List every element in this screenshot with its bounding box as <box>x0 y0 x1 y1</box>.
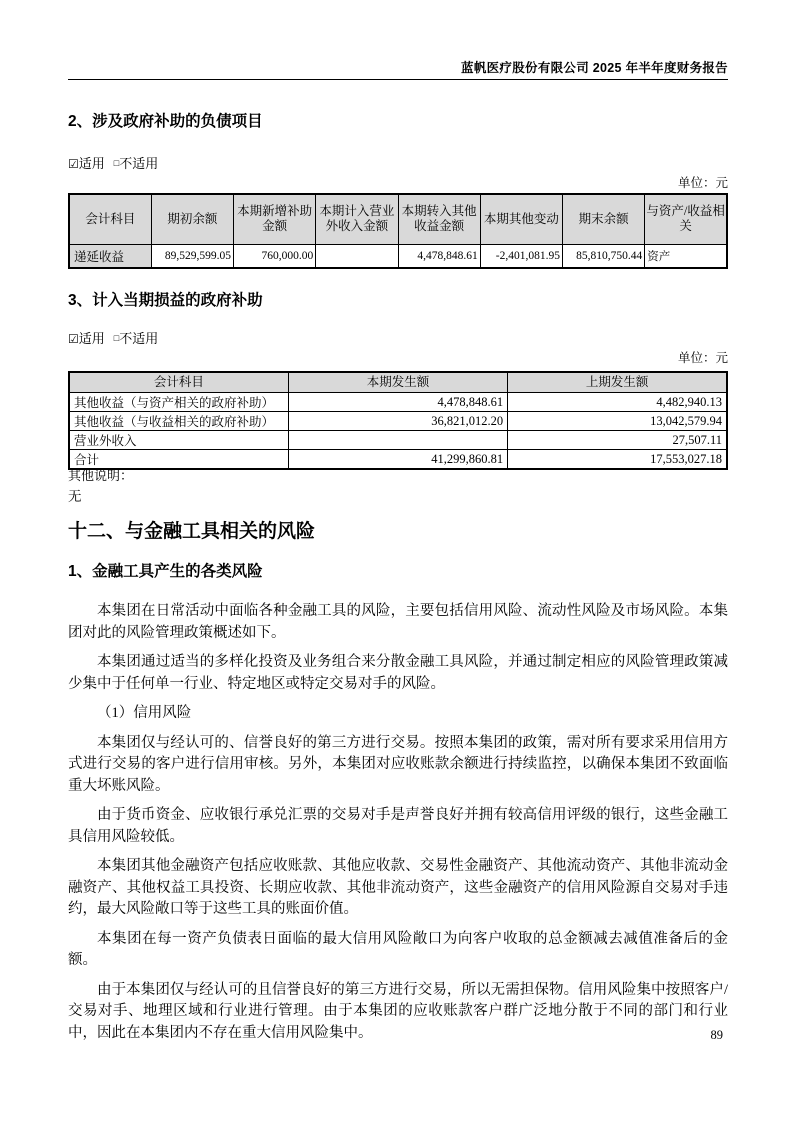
body-paragraph: 本集团仅与经认可的、信誉良好的第三方进行交易。按照本集团的政策，需对所有要求采用… <box>68 733 728 798</box>
document-page: 蓝帆医疗股份有限公司 2025 年半年度财务报告 2、涉及政府补助的负债项目 ☑… <box>0 0 793 1122</box>
table-header-cell: 会计科目 <box>69 194 151 244</box>
other-note-label: 其他说明： <box>68 468 728 484</box>
other-note-value: 无 <box>68 489 728 505</box>
table-cell: -2,401,081.95 <box>480 244 562 268</box>
grant-profit-loss-table-wrap: 会计科目 本期发生额 上期发生额 其他收益（与资产相关的政府补助） 4,478,… <box>68 371 728 470</box>
body-text-block: 本集团在日常活动中面临各种金融工具的风险，主要包括信用风险、流动性风险及市场风险… <box>68 601 728 1052</box>
checked-checkbox-icon: ☑ <box>68 332 79 346</box>
table-header-cell: 本期发生额 <box>288 372 507 393</box>
table-row: 其他收益（与收益相关的政府补助） 36,821,012.20 13,042,57… <box>69 412 727 431</box>
table-row: 合计 41,299,860.81 17,553,027.18 <box>69 450 727 470</box>
section2-applicability-row: ☑适用□不适用 <box>68 155 728 172</box>
not-applicable-label: 不适用 <box>119 156 158 171</box>
table-cell: 资产 <box>645 244 727 268</box>
table-cell: 760,000.00 <box>234 244 316 268</box>
table-cell: 4,478,848.61 <box>398 244 480 268</box>
body-paragraph: 本集团其他金融资产包括应收账款、其他应收款、交易性金融资产、其他流动资产、其他非… <box>68 856 728 921</box>
table-cell: 27,507.11 <box>508 431 727 450</box>
table-cell: 13,042,579.94 <box>508 412 727 431</box>
section2-unit-label: 单位：元 <box>68 176 728 191</box>
section3-heading: 3、计入当期损益的政府补助 <box>68 291 728 311</box>
table-cell: 41,299,860.81 <box>288 450 507 470</box>
table-header-cell: 本期计入营业外收入金额 <box>316 194 398 244</box>
body-paragraph: （1）信用风险 <box>68 703 728 725</box>
checked-checkbox-icon: ☑ <box>68 157 79 171</box>
body-paragraph: 本集团通过适当的多样化投资及业务组合来分散金融工具风险，并通过制定相应的风险管理… <box>68 652 728 695</box>
table-cell: 其他收益（与资产相关的政府补助） <box>69 393 288 412</box>
section3-applicability-row: ☑适用□不适用 <box>68 330 728 347</box>
body-paragraph: 由于货币资金、应收银行承兑汇票的交易对手是声誉良好并拥有较高信用评级的银行，这些… <box>68 805 728 848</box>
grant-profit-loss-table: 会计科目 本期发生额 上期发生额 其他收益（与资产相关的政府补助） 4,478,… <box>68 371 728 470</box>
page-number: 89 <box>711 1028 724 1043</box>
table-header-cell: 期初余额 <box>151 194 233 244</box>
body-paragraph: 本集团在每一资产负债表日面临的最大信用风险敞口为向客户收取的总金额减去减值准备后… <box>68 929 728 972</box>
not-applicable-label: 不适用 <box>119 331 158 346</box>
subsection1-heading: 1、金融工具产生的各类风险 <box>68 562 728 582</box>
government-grant-liability-table: 会计科目 期初余额 本期新增补助金额 本期计入营业外收入金额 本期转入其他收益金… <box>68 193 728 269</box>
table-row: 营业外收入 27,507.11 <box>69 431 727 450</box>
table-cell: 17,553,027.18 <box>508 450 727 470</box>
table-cell: 递延收益 <box>69 244 151 268</box>
table-header-cell: 期末余额 <box>563 194 645 244</box>
table-row: 递延收益 89,529,599.05 760,000.00 4,478,848.… <box>69 244 727 268</box>
table-header-cell: 本期转入其他收益金额 <box>398 194 480 244</box>
body-paragraph: 本集团在日常活动中面临各种金融工具的风险，主要包括信用风险、流动性风险及市场风险… <box>68 601 728 644</box>
table-cell: 营业外收入 <box>69 431 288 450</box>
section3-unit-label: 单位：元 <box>68 351 728 366</box>
table-header-cell: 上期发生额 <box>508 372 727 393</box>
table-header-cell: 与资产/收益相关 <box>645 194 727 244</box>
table-cell: 36,821,012.20 <box>288 412 507 431</box>
table-header-cell: 本期新增补助金额 <box>234 194 316 244</box>
section2-heading: 2、涉及政府补助的负债项目 <box>68 112 728 132</box>
header-rule <box>68 79 728 80</box>
table-header-row: 会计科目 本期发生额 上期发生额 <box>69 372 727 393</box>
applicable-label: 适用 <box>79 331 105 346</box>
table-cell: 89,529,599.05 <box>151 244 233 268</box>
table-cell: 4,478,848.61 <box>288 393 507 412</box>
table-cell: 其他收益（与收益相关的政府补助） <box>69 412 288 431</box>
applicable-label: 适用 <box>79 156 105 171</box>
chapter12-heading: 十二、与金融工具相关的风险 <box>68 520 728 544</box>
body-paragraph: 由于本集团仅与经认可的且信誉良好的第三方进行交易，所以无需担保物。信用风险集中按… <box>68 980 728 1045</box>
table-row: 其他收益（与资产相关的政府补助） 4,478,848.61 4,482,940.… <box>69 393 727 412</box>
table-cell <box>288 431 507 450</box>
table-header-row: 会计科目 期初余额 本期新增补助金额 本期计入营业外收入金额 本期转入其他收益金… <box>69 194 727 244</box>
table-cell <box>316 244 398 268</box>
table-header-cell: 本期其他变动 <box>480 194 562 244</box>
page-header-title: 蓝帆医疗股份有限公司 2025 年半年度财务报告 <box>68 58 728 76</box>
table-cell: 4,482,940.13 <box>508 393 727 412</box>
table-header-cell: 会计科目 <box>69 372 288 393</box>
government-grant-liability-table-wrap: 会计科目 期初余额 本期新增补助金额 本期计入营业外收入金额 本期转入其他收益金… <box>68 193 728 269</box>
table-cell: 85,810,750.44 <box>563 244 645 268</box>
table-cell: 合计 <box>69 450 288 470</box>
